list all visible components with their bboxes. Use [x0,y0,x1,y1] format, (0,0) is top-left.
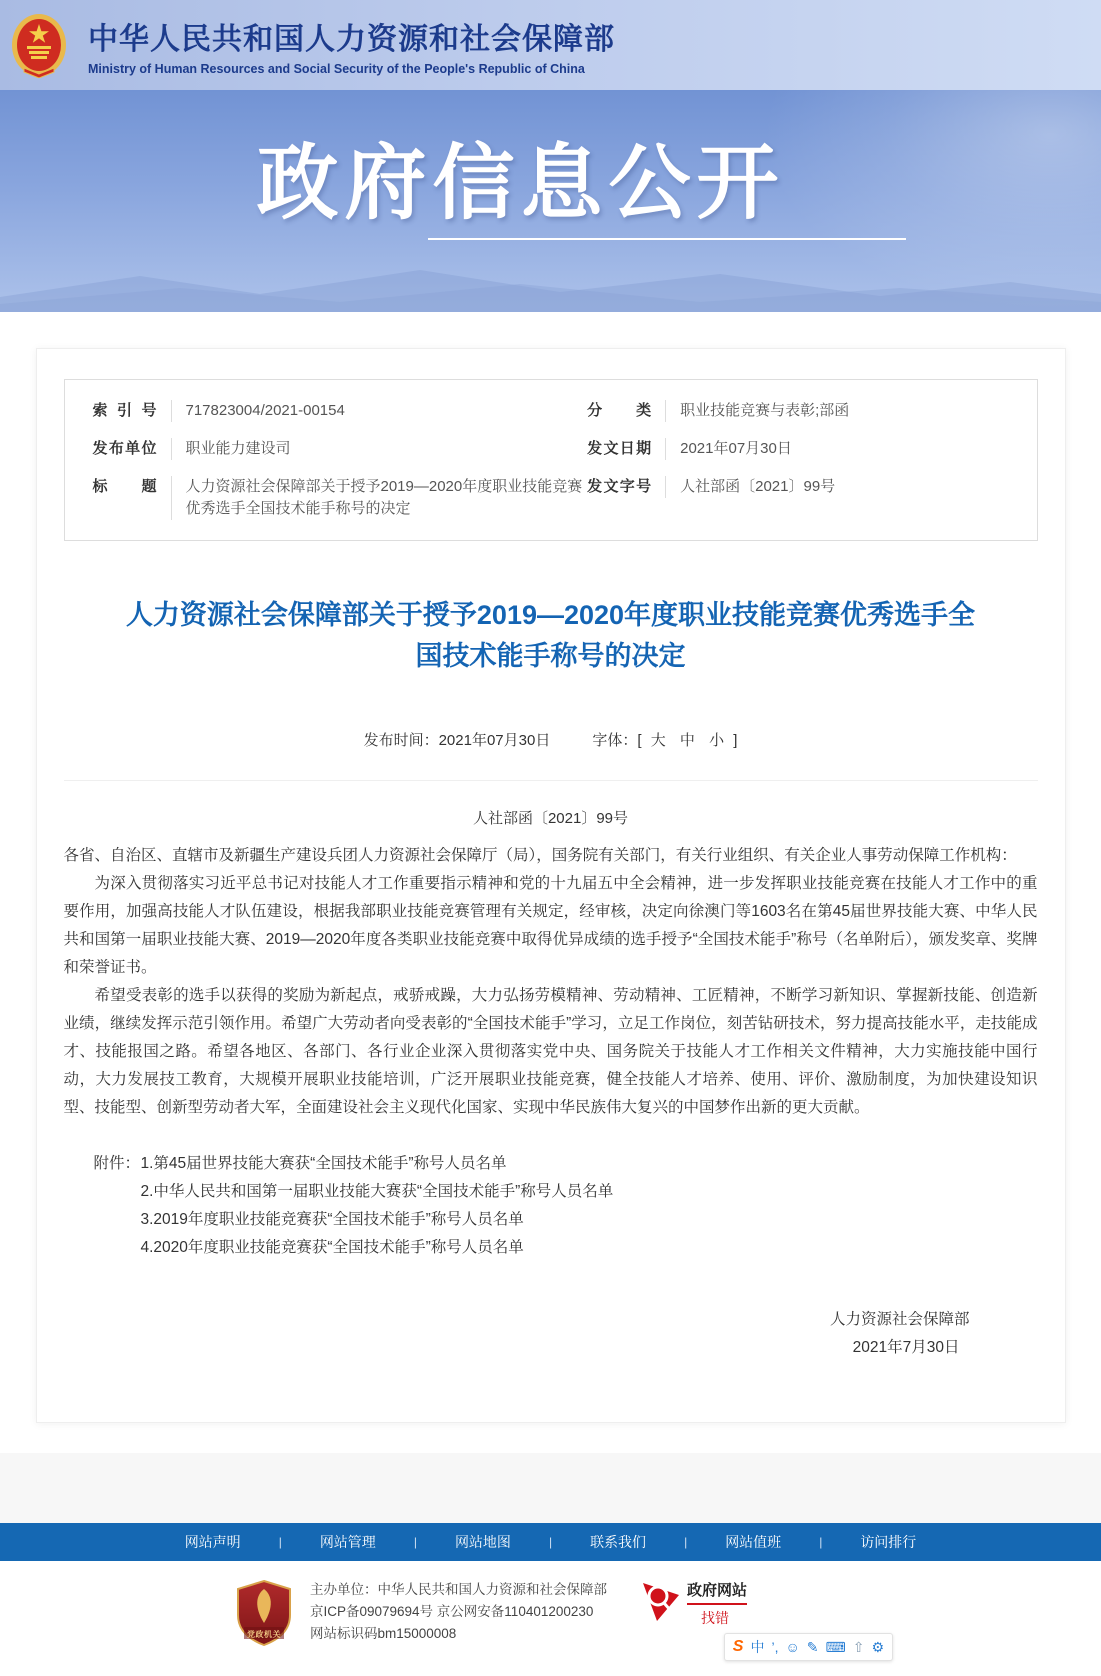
nav-separator: | [386,1535,445,1549]
meta-label: 发文字号 [587,476,651,498]
font-size-small-button[interactable]: 小 [709,732,724,749]
tools-icon[interactable]: ⚙ [871,1636,884,1658]
font-size-label: 字体：[ [592,732,641,749]
gov-site-find-error-widget[interactable]: 政府网站 找错 [641,1579,747,1628]
footer-nav: 网站声明 | 网站管理 | 网站地图 | 联系我们 | 网站值班 | 访问排行 [0,1523,1101,1561]
publish-line: 发布时间：2021年07月30日字体：[ 大 中 小 ] [64,729,1038,750]
meta-category: 分 类 职业技能竞赛与表彰;部函 [587,400,1008,422]
meta-doc-number: 发文字号 人社部函〔2021〕99号 [587,476,1008,498]
nav-separator: | [791,1535,850,1549]
footer-link-site-map[interactable]: 网站地图 [445,1532,521,1552]
document-title: 人力资源社会保障部关于授予2019—2020年度职业技能竞赛优秀选手全国技术能手… [114,595,988,677]
signature-date: 2021年7月30日 [64,1334,960,1362]
font-size-medium-button[interactable]: 中 [680,732,695,749]
meta-publisher: 发布单位 职业能力建设司 [93,438,588,460]
nav-separator: | [656,1535,715,1549]
attachments-list: 附件：1.第45届世界技能大赛获“全国技术能手”称号人员名单 2.中华人民共和国… [64,1150,1038,1262]
mountain-silhouette [0,242,1101,312]
meta-value: 人力资源社会保障部关于授予2019—2020年度职业技能竞赛优秀选手全国技术能手… [171,476,588,520]
attachment-row: 附件：1.第45届世界技能大赛获“全国技术能手”称号人员名单 [94,1150,1038,1178]
footer-site-id: 网站标识码bm15000008 [310,1623,607,1645]
punctuation-icon[interactable]: ’, [771,1636,778,1658]
chinese-mode-icon[interactable]: 中 [750,1636,764,1658]
content-card: 索 引 号 717823004/2021-00154 分 类 职业技能竞赛与表彰… [36,348,1066,1423]
ministry-name-en: Ministry of Human Resources and Social S… [88,62,615,76]
document-number: 人社部函〔2021〕99号 [64,807,1038,828]
shift-icon[interactable]: ⇧ [853,1636,865,1658]
divider [64,780,1038,781]
meta-label: 发文日期 [587,438,651,460]
handwriting-icon[interactable]: ✎ [807,1636,819,1658]
signature-block: 人力资源社会保障部 2021年7月30日 [64,1306,1038,1362]
attachment-row: 4.2020年度职业技能竞赛获“全国技术能手”称号人员名单 [94,1234,1038,1262]
sogou-input-toolbar: S 中 ’, ☺ ✎ ⌨ ⇧ ⚙ [724,1633,893,1661]
meta-issue-date: 发文日期 2021年07月30日 [587,438,1008,460]
national-emblem-icon [10,12,68,78]
attachments-label: 附件： [94,1150,141,1178]
font-size-large-button[interactable]: 大 [651,732,666,749]
font-size-bracket-close: ] [733,732,737,749]
paragraph-body-1: 为深入贯彻落实习近平总书记对技能人才工作重要指示精神和党的十九届五中全会精神，进… [64,870,1038,982]
meta-value: 717823004/2021-00154 [171,400,345,422]
page: 中华人民共和国人力资源和社会保障部 Ministry of Human Reso… [0,0,1101,1669]
paragraph-salutation: 各省、自治区、直辖市及新疆生产建设兵团人力资源社会保障厅（局），国务院有关部门，… [64,842,1038,870]
footer-link-site-management[interactable]: 网站管理 [310,1532,386,1552]
party-gov-badge-label: 党政机关 [234,1629,294,1640]
footer-link-site-statement[interactable]: 网站声明 [175,1532,251,1552]
attachment-link-1[interactable]: 1.第45届世界技能大赛获“全国技术能手”称号人员名单 [141,1155,507,1172]
footer-link-visit-ranking[interactable]: 访问排行 [850,1532,926,1552]
publish-time-label: 发布时间： [364,732,439,749]
footer-gray-band [0,1453,1101,1523]
attachment-link-3[interactable]: 3.2019年度职业技能竞赛获“全国技术能手”称号人员名单 [141,1211,524,1228]
attachment-row: 3.2019年度职业技能竞赛获“全国技术能手”称号人员名单 [94,1206,1038,1234]
attachment-row: 2.中华人民共和国第一届职业技能大赛获“全国技术能手”称号人员名单 [94,1178,1038,1206]
find-error-magnifier-icon [641,1579,681,1625]
signature-org: 人力资源社会保障部 [64,1306,970,1334]
party-gov-badge-icon[interactable]: 党政机关 [234,1579,294,1647]
meta-value: 人社部函〔2021〕99号 [665,476,835,498]
ministry-name-cn: 中华人民共和国人力资源和社会保障部 [88,14,615,58]
banner-title: 政府信息公开 [256,118,784,235]
attachment-link-2[interactable]: 2.中华人民共和国第一届职业技能大赛获“全国技术能手”称号人员名单 [141,1183,614,1200]
keyboard-icon[interactable]: ⌨ [825,1636,845,1658]
find-error-label-bottom: 找错 [701,1608,747,1628]
attachment-link-4[interactable]: 4.2020年度职业技能竞赛获“全国技术能手”称号人员名单 [141,1239,524,1256]
banner: 政府信息公开 [0,90,1101,312]
ministry-title-block: 中华人民共和国人力资源和社会保障部 Ministry of Human Reso… [88,14,615,76]
footer-icp-record: 京ICP备09079694号 京公网安备110401200230 [310,1601,607,1623]
meta-value: 职业能力建设司 [171,438,291,460]
meta-label: 发布单位 [93,438,157,460]
footer-host-unit: 主办单位：中华人民共和国人力资源和社会保障部 [310,1579,607,1601]
footer-link-site-duty[interactable]: 网站值班 [715,1532,791,1552]
footer-link-contact-us[interactable]: 联系我们 [580,1532,656,1552]
doc-meta-box: 索 引 号 717823004/2021-00154 分 类 职业技能竞赛与表彰… [64,379,1038,541]
site-header: 中华人民共和国人力资源和社会保障部 Ministry of Human Reso… [0,0,1101,90]
footer-info: 主办单位：中华人民共和国人力资源和社会保障部 京ICP备09079694号 京公… [310,1579,607,1645]
banner-underline [428,238,906,240]
nav-separator: | [521,1535,580,1549]
meta-label: 标 题 [93,476,157,498]
meta-value: 2021年07月30日 [665,438,792,460]
meta-index-number: 索 引 号 717823004/2021-00154 [93,400,588,422]
emoji-icon[interactable]: ☺ [785,1636,799,1658]
meta-label: 分 类 [587,400,651,422]
meta-label: 索 引 号 [93,400,157,422]
publish-date: 2021年07月30日 [439,732,551,749]
paragraph-body-2: 希望受表彰的选手以获得的奖励为新起点，戒骄戒躁，大力弘扬劳模精神、劳动精神、工匠… [64,982,1038,1122]
site-footer: 党政机关 主办单位：中华人民共和国人力资源和社会保障部 京ICP备0907969… [0,1561,1101,1669]
sogou-logo-icon[interactable]: S [733,1636,744,1658]
nav-separator: | [251,1535,310,1549]
meta-value: 职业技能竞赛与表彰;部函 [665,400,849,422]
meta-title: 标 题 人力资源社会保障部关于授予2019—2020年度职业技能竞赛优秀选手全国… [93,476,588,520]
find-error-label-top: 政府网站 [687,1579,747,1605]
